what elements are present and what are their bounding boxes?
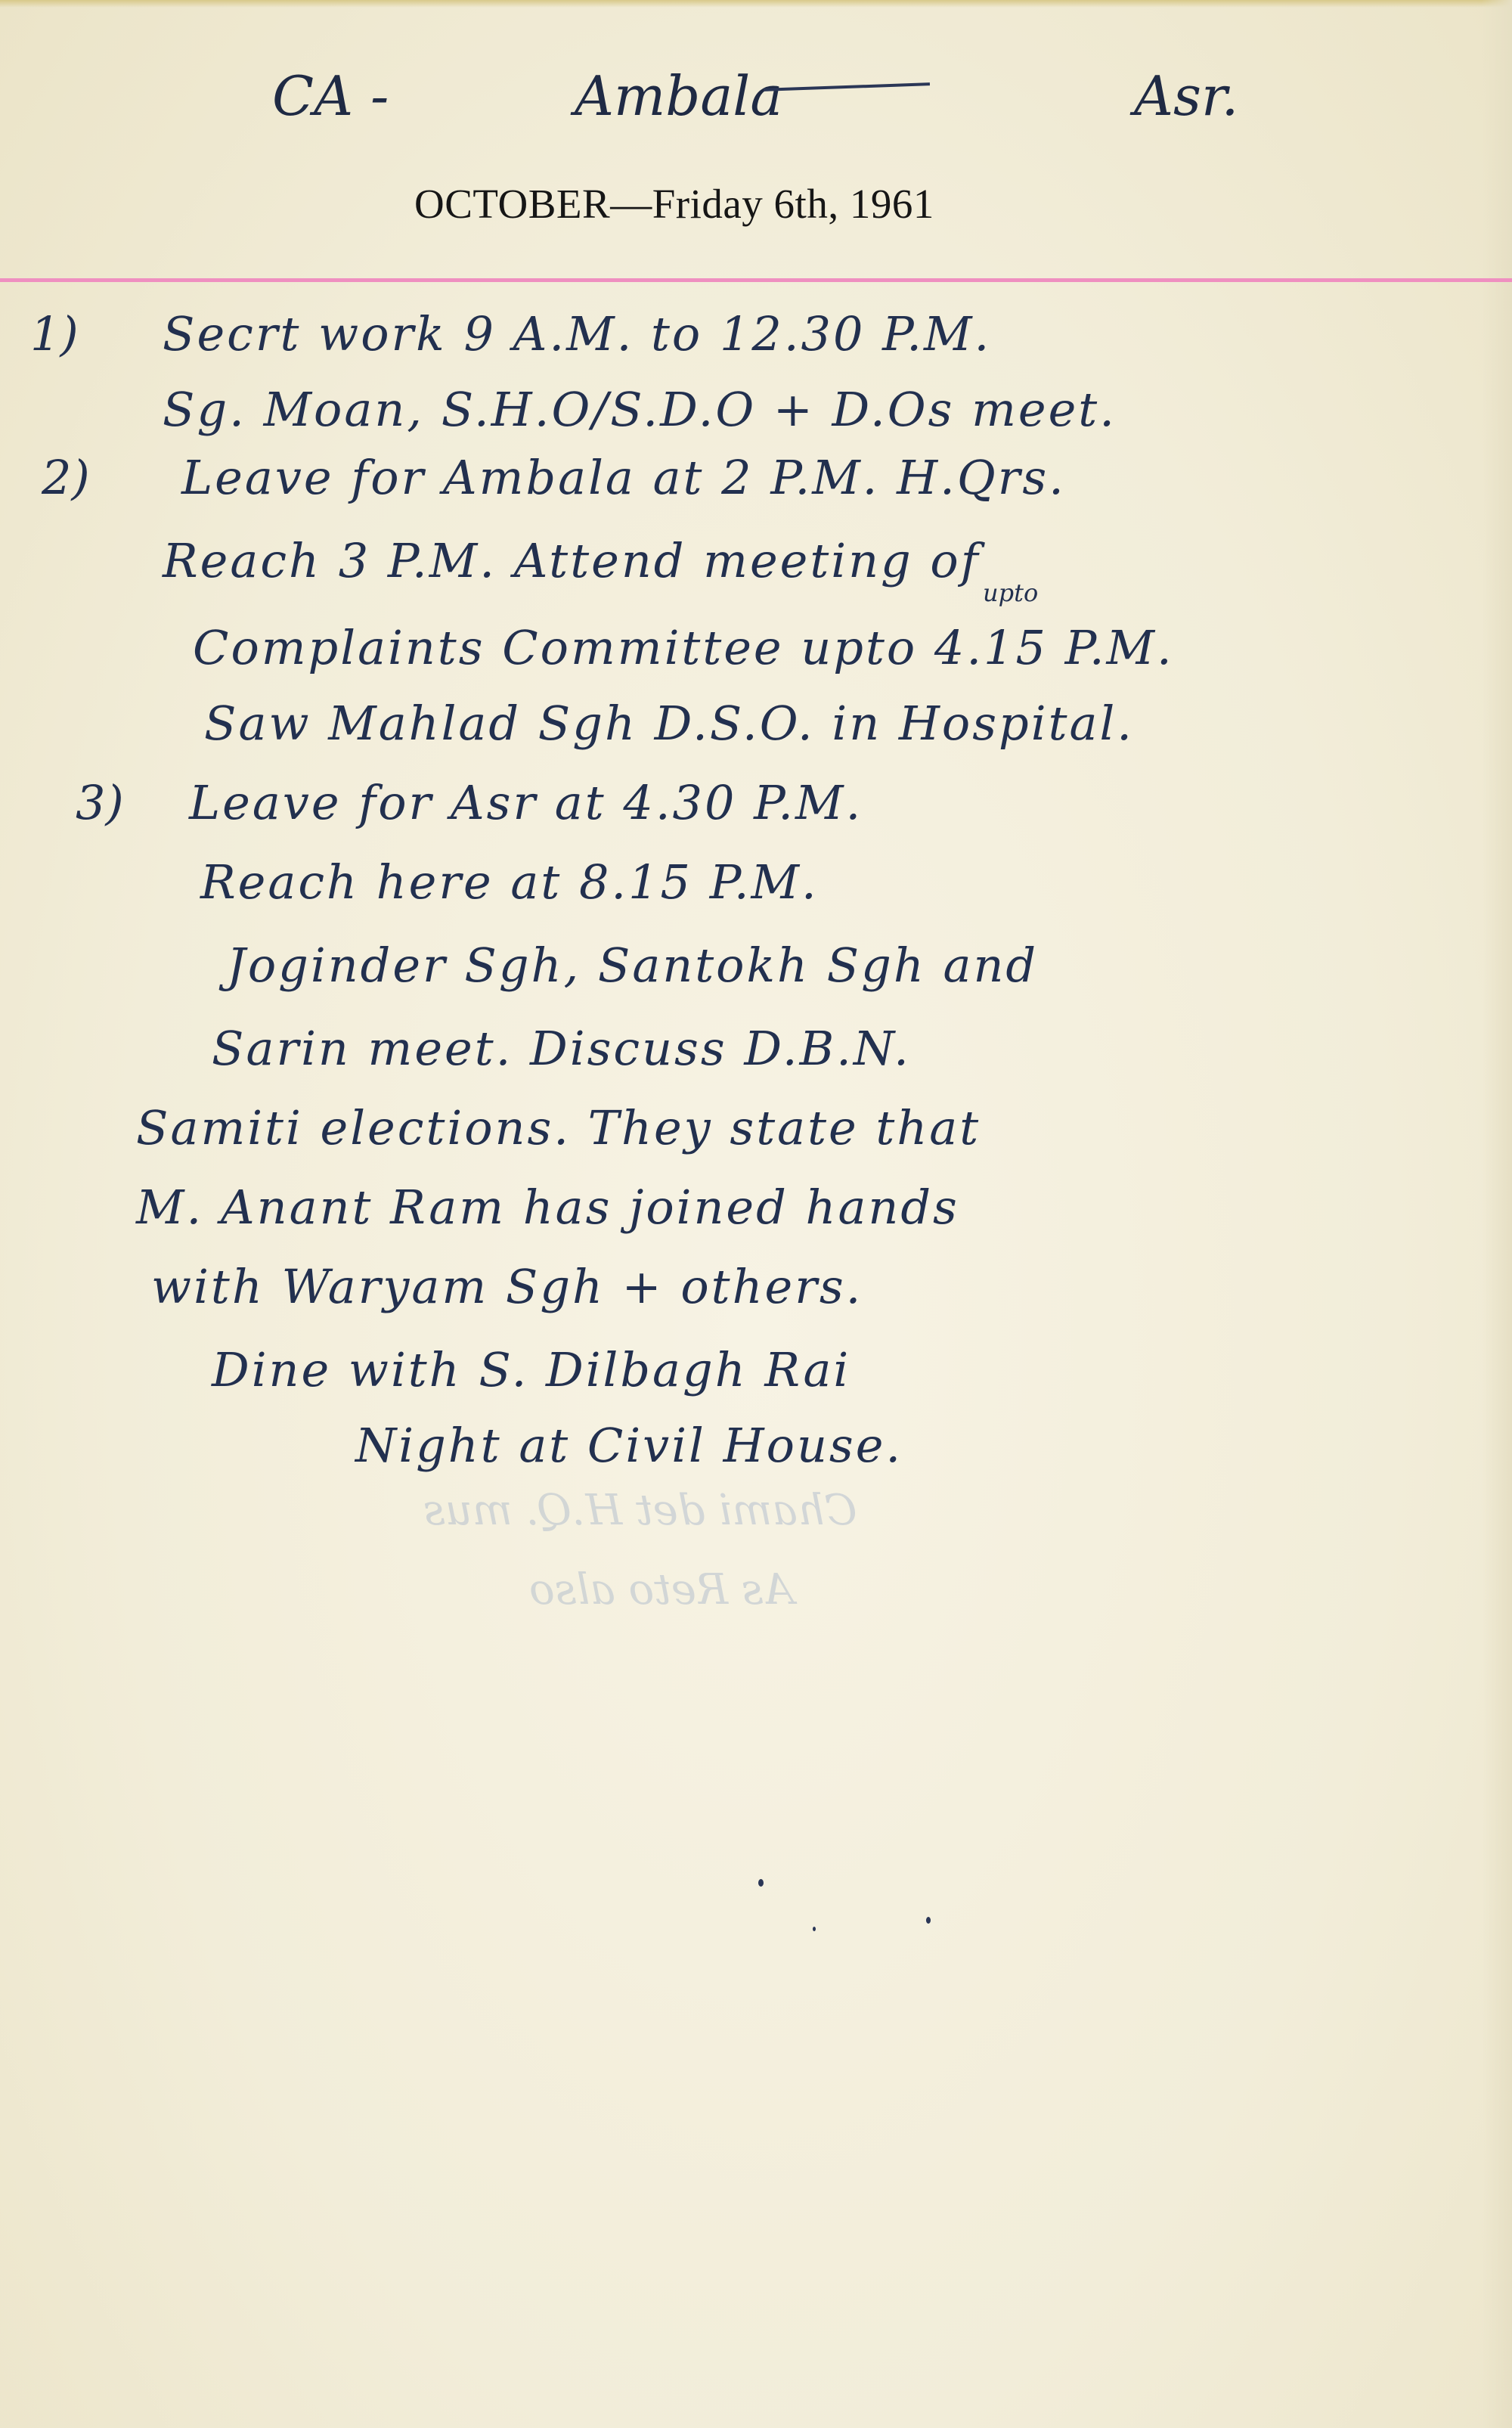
- entry-3-line-9: Night at Civil House.: [355, 1418, 903, 1473]
- entry-number-3: 3): [76, 775, 124, 830]
- page-right-edge: [1482, 0, 1512, 2428]
- ink-speck: [813, 1927, 816, 1931]
- heading-right: Asr.: [1134, 64, 1238, 128]
- diary-page: CA - Ambala Asr. OCTOBER—Friday 6th, 196…: [0, 0, 1512, 2428]
- entry-number-2: 2): [42, 450, 90, 505]
- entry-2-line-3: Complaints Committee upto 4.15 P.M.: [193, 620, 1174, 675]
- handwritten-heading: CA - Ambala Asr.: [272, 57, 1331, 140]
- entry-number-1: 1): [30, 306, 79, 361]
- entry-2-superscript: upto: [983, 578, 1038, 607]
- entry-3-line-4: Sarin meet. Discuss D.B.N.: [212, 1021, 911, 1076]
- entry-2-line-1: Leave for Ambala at 2 P.M. H.Qrs.: [181, 450, 1066, 505]
- printed-date: OCTOBER—Friday 6th, 1961: [0, 180, 1512, 228]
- entry-3-line-1: Leave for Asr at 4.30 P.M.: [189, 775, 863, 830]
- entry-3-line-6: M. Anant Ram has joined hands: [136, 1180, 959, 1235]
- bleed-through-line-2: As Reto also: [529, 1565, 794, 1614]
- entry-1-line-2: Sg. Moan, S.H.O/S.D.O + D.Os meet.: [163, 382, 1117, 437]
- page-top-edge: [0, 0, 1512, 8]
- entry-1-line-1: Secrt work 9 A.M. to 12.30 P.M.: [163, 306, 991, 361]
- entry-3-line-2: Reach here at 8.15 P.M.: [200, 854, 819, 910]
- entry-3-line-3: Joginder Sgh, Santokh Sgh and: [227, 938, 1038, 993]
- entry-3-line-5: Samiti elections. They state that: [136, 1100, 981, 1155]
- heading-middle: Ambala: [575, 64, 782, 128]
- entry-3-line-8: Dine with S. Dilbagh Rai: [212, 1342, 850, 1397]
- ink-speck: [926, 1917, 931, 1924]
- entry-3-line-7: with Waryam Sgh + others.: [151, 1259, 863, 1314]
- pink-rule-line: [0, 278, 1512, 282]
- entry-2-line-4: Saw Mahlad Sgh D.S.O. in Hospital.: [204, 696, 1134, 751]
- ink-speck: [758, 1879, 764, 1887]
- heading-dash: [764, 82, 930, 91]
- entry-2-line-2: Reach 3 P.M. Attend meeting of: [163, 533, 981, 588]
- bleed-through-line-1: Chami det H.Q. mus: [423, 1486, 857, 1535]
- heading-left: CA -: [272, 64, 389, 128]
